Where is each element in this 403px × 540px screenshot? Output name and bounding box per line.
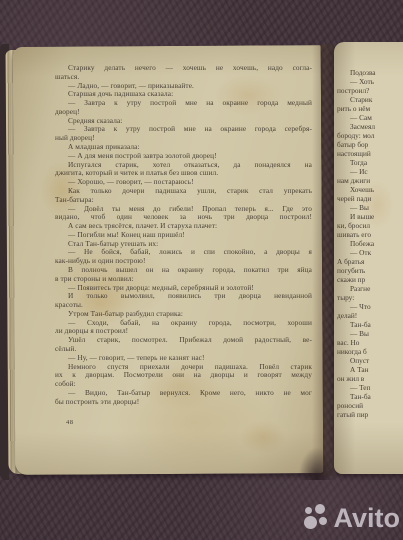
text-line: скажи пр <box>337 275 403 284</box>
text-line: И только вымолвил, появились три дворца … <box>55 292 312 301</box>
avito-wordmark: Avito <box>334 505 401 532</box>
text-line: — Что <box>337 302 403 311</box>
text-line: он жил в <box>337 374 403 383</box>
text-line: — Хоть <box>337 77 403 86</box>
text-line: — Ис <box>337 167 403 176</box>
text-line: делай! <box>337 311 403 320</box>
text-line: Старик <box>337 95 403 104</box>
text-line: Засмеял <box>337 122 403 131</box>
text-line: гатый пир <box>337 410 403 419</box>
text-line: настоящий <box>337 149 403 158</box>
text-line: ки, бросил <box>337 221 403 230</box>
text-line: — Теп <box>337 383 403 392</box>
text-line: Разгне <box>337 284 403 293</box>
text-line: батыр бор <box>337 140 403 149</box>
avito-watermark: Avito <box>304 504 401 533</box>
book-photo: Старику делать нечего — хочешь не хочешь… <box>0 0 403 540</box>
text-line: Тан-ба <box>337 392 403 401</box>
page-bottom-notch <box>296 436 338 480</box>
left-page-text: Старику делать нечего — хочешь не хочешь… <box>55 64 312 406</box>
text-line: Побежа <box>337 239 403 248</box>
text-line: А братья <box>337 257 403 266</box>
avito-logo-icon <box>304 504 331 533</box>
text-line: — Завтра к утру построй мне на окраине г… <box>55 99 312 108</box>
text-line: черей пади <box>337 194 403 203</box>
text-line: — Сам <box>337 113 403 122</box>
text-line: Подозва <box>337 68 403 77</box>
text-line: Тогда <box>337 158 403 167</box>
right-page-text: Подозва— Хотьпостроил?Старикрить о нём— … <box>337 68 403 419</box>
text-line: Тан-ба <box>337 320 403 329</box>
text-line: погубить <box>337 266 403 275</box>
text-line: нам джиги <box>337 176 403 185</box>
avito-dot-icon <box>315 504 325 514</box>
text-line: вас. Но <box>337 338 403 347</box>
text-line: бороду: мол <box>337 131 403 140</box>
text-line: тыру: <box>337 293 403 302</box>
avito-dot-icon <box>304 516 317 529</box>
text-line: построил? <box>337 86 403 95</box>
text-line: Хочешь <box>337 185 403 194</box>
text-line: рить о нём <box>337 104 403 113</box>
text-line: — Вы <box>337 203 403 212</box>
text-line: Старику делать нечего — хочешь не хочешь… <box>55 64 312 73</box>
text-line: их к дворцам. Посмотрели они на дворцы и… <box>55 371 312 380</box>
text-line: Опуст <box>337 356 403 365</box>
text-line: никогда б <box>337 347 403 356</box>
text-line: — Вы <box>337 329 403 338</box>
page-number: 48 <box>66 419 74 426</box>
text-line: шивать его <box>337 230 403 239</box>
avito-dot-icon <box>305 507 312 514</box>
avito-dot-icon <box>319 517 327 525</box>
text-line: роносий <box>337 401 403 410</box>
text-line: бы построить эти дворцы! <box>55 398 312 407</box>
text-line: А Тан <box>337 365 403 374</box>
text-line: И выше <box>337 212 403 221</box>
text-line: — Отк <box>337 248 403 257</box>
text-line: Ушёл старик, посмотрел. Прибежал домой р… <box>55 336 312 345</box>
